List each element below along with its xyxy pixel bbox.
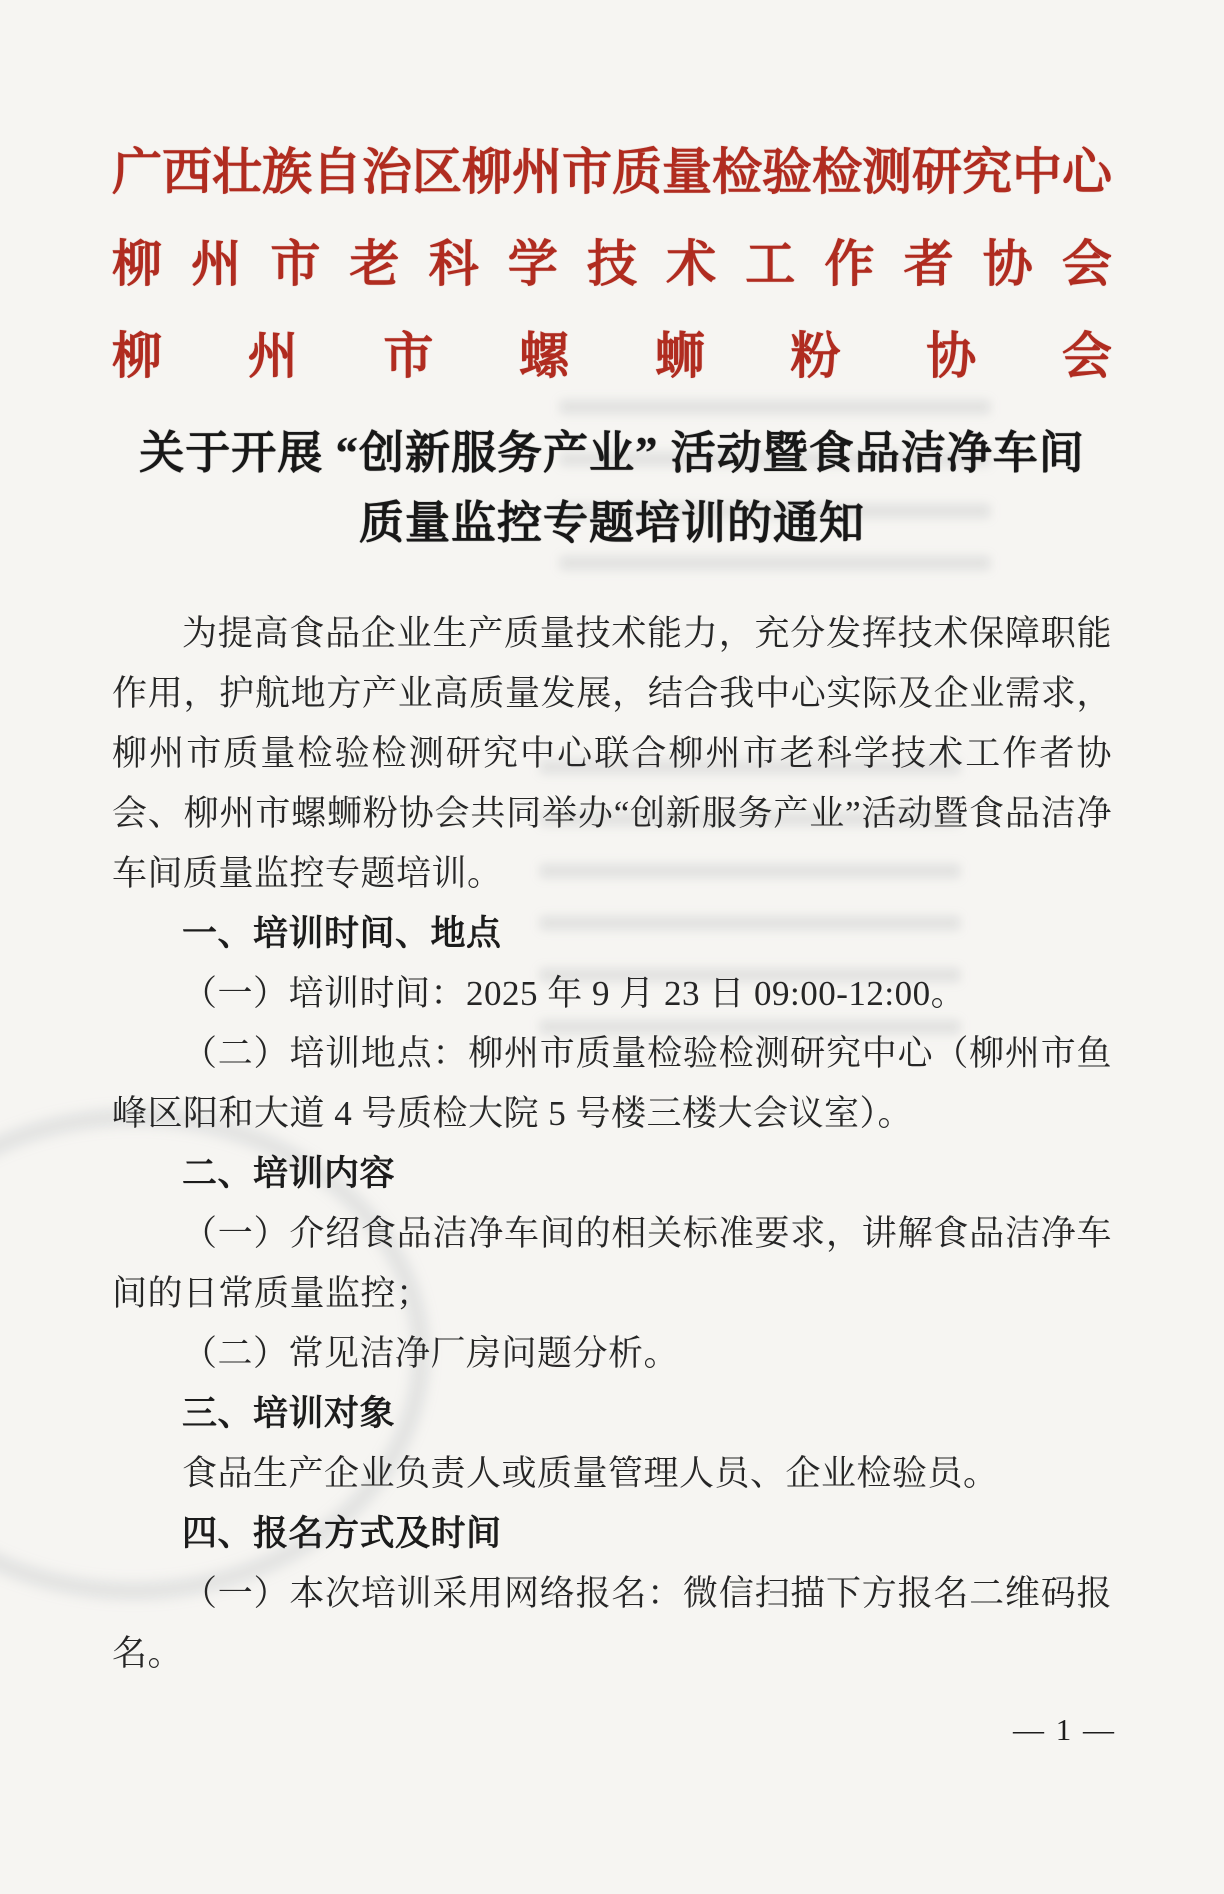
paragraph-content-item-1: （一）介绍食品洁净车间的相关标准要求，讲解食品洁净车间的日常质量监控； <box>112 1204 1112 1324</box>
scanned-notice-page: 广西壮族自治区柳州市质量检验检测研究中心 柳州市老科学技术工作者协会 柳州市螺蛳… <box>112 0 1112 1684</box>
document-title-line-1: 关于开展 “创新服务产业” 活动暨食品洁净车间 <box>112 418 1112 488</box>
section-heading-4: 四、报名方式及时间 <box>112 1504 1112 1564</box>
paragraph-registration: （一）本次培训采用网络报名：微信扫描下方报名二维码报名。 <box>112 1564 1112 1684</box>
section-heading-2: 二、培训内容 <box>112 1144 1112 1204</box>
letterhead-line-2: 柳州市老科学技术工作者协会 <box>112 218 1112 310</box>
paragraph-intro: 为提高食品企业生产质量技术能力，充分发挥技术保障职能作用，护航地方产业高质量发展… <box>112 604 1112 904</box>
paragraph-training-location: （二）培训地点：柳州市质量检验检测研究中心（柳州市鱼峰区阳和大道 4 号质检大院… <box>112 1024 1112 1144</box>
paragraph-training-time: （一）培训时间：2025 年 9 月 23 日 09:00-12:00。 <box>112 964 1112 1024</box>
document-body: 为提高食品企业生产质量技术能力，充分发挥技术保障职能作用，护航地方产业高质量发展… <box>112 604 1112 1684</box>
section-heading-3: 三、培训对象 <box>112 1384 1112 1444</box>
document-title-line-2: 质量监控专题培训的通知 <box>112 488 1112 558</box>
section-heading-1: 一、培训时间、地点 <box>112 904 1112 964</box>
letterhead-line-1: 广西壮族自治区柳州市质量检验检测研究中心 <box>112 126 1112 218</box>
page-number: — 1 — <box>1013 1712 1116 1748</box>
paragraph-audience: 食品生产企业负责人或质量管理人员、企业检验员。 <box>112 1444 1112 1504</box>
paragraph-content-item-2: （二）常见洁净厂房问题分析。 <box>112 1324 1112 1384</box>
letterhead-line-3: 柳州市螺蛳粉协会 <box>112 310 1112 402</box>
document-title: 关于开展 “创新服务产业” 活动暨食品洁净车间 质量监控专题培训的通知 <box>112 418 1112 558</box>
letterhead: 广西壮族自治区柳州市质量检验检测研究中心 柳州市老科学技术工作者协会 柳州市螺蛳… <box>112 126 1112 402</box>
